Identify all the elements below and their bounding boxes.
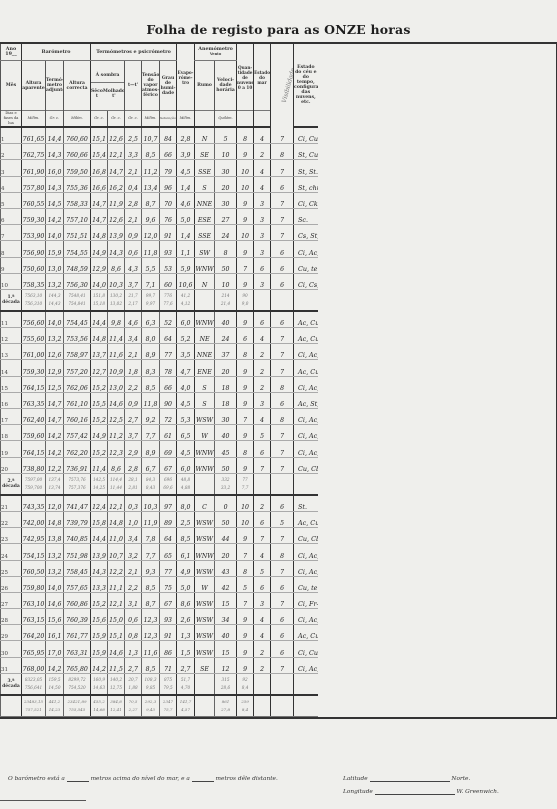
alt-ap-cell: 765,95 bbox=[22, 641, 46, 657]
molh-cell: 11,4 bbox=[108, 328, 125, 344]
obs-cell: St, Cu. bbox=[294, 144, 318, 160]
rumo-cell: WNW bbox=[195, 257, 215, 273]
alt-ap-cell: 756,60 bbox=[22, 311, 46, 328]
seco-summary-cell: 160,914,63 bbox=[91, 673, 108, 695]
tensao-summary-cell: 99,79,97 bbox=[142, 289, 160, 311]
obs-cell: Ci, Cu, St. bbox=[294, 641, 318, 657]
diff-cell: 3,3 bbox=[125, 144, 142, 160]
alt-ap-summary-cell: 23483,15757,521 bbox=[22, 695, 46, 717]
table-row: 18759,6014,2757,4214,911,23,77,7616,5W40… bbox=[1, 425, 557, 441]
seco-summary-cell: 151,815,18 bbox=[91, 289, 108, 311]
term-cell: 14,2 bbox=[46, 441, 64, 457]
mar-summary-cell bbox=[254, 673, 271, 695]
hum-cell: 90 bbox=[160, 392, 177, 408]
alt-corr-cell: 757,20 bbox=[64, 360, 91, 376]
molh-cell: 13,0 bbox=[108, 376, 125, 392]
nuv-cell: 9 bbox=[237, 457, 254, 473]
decade-summary-row: 1.ª década7563,10756,310144,314,437548,4… bbox=[1, 289, 557, 311]
evap-cell: 1,3 bbox=[177, 625, 195, 641]
seco-cell: 14,8 bbox=[91, 328, 108, 344]
obs-cell: Ci, Fr-Cu. bbox=[294, 592, 318, 608]
nuv-cell: 9 bbox=[237, 241, 254, 257]
evap-cell: 2,7 bbox=[177, 657, 195, 673]
alt-corr-cell: 760,16 bbox=[64, 409, 91, 425]
summary-value: 9,97 bbox=[142, 300, 159, 308]
tensao-cell: 9,3 bbox=[142, 560, 160, 576]
term-cell: 14,3 bbox=[46, 144, 64, 160]
summary-value: 2,81 bbox=[125, 484, 141, 492]
summary-value: 28,6 bbox=[215, 684, 236, 692]
day-cell: 5 bbox=[1, 192, 22, 208]
barometer-note: O barómetro está a metros acima do nível… bbox=[8, 776, 278, 782]
diff-cell: 3,4 bbox=[125, 328, 142, 344]
diff-cell: 2,1 bbox=[125, 160, 142, 176]
rumo-cell: C bbox=[195, 495, 215, 512]
vis-cell: 6 bbox=[271, 625, 294, 641]
unit-tensao: Milím. bbox=[142, 111, 160, 128]
diff-cell: 2,7 bbox=[125, 409, 142, 425]
summary-label: 1.ª década bbox=[1, 289, 22, 311]
nuv-cell: 9 bbox=[237, 376, 254, 392]
summary-value: 79,5 bbox=[160, 684, 176, 692]
vel-cell: 40 bbox=[215, 311, 237, 328]
header-altura-aparente: Altura aparente bbox=[22, 61, 46, 111]
rumo-summary-cell bbox=[195, 695, 215, 717]
molh-cell: 12,3 bbox=[108, 441, 125, 457]
term-cell: 14,4 bbox=[46, 127, 64, 144]
tensao-cell: 8,5 bbox=[142, 657, 160, 673]
molh-cell: 14,3 bbox=[108, 241, 125, 257]
alt-corr-cell: 758,33 bbox=[64, 192, 91, 208]
alt-ap-cell: 750,60 bbox=[22, 257, 46, 273]
tensao-cell: 7,1 bbox=[142, 273, 160, 289]
alt-ap-cell: 764,20 bbox=[22, 625, 46, 641]
alt-ap-cell: 742,95 bbox=[22, 528, 46, 544]
molh-cell: 12,2 bbox=[108, 560, 125, 576]
vel-cell: 15 bbox=[215, 641, 237, 657]
hum-summary-cell: 87579,5 bbox=[160, 673, 177, 695]
nuv-cell: 9 bbox=[237, 425, 254, 441]
seco-cell: 14,4 bbox=[91, 311, 108, 328]
diff-cell: 2,5 bbox=[125, 127, 142, 144]
tensao-cell: 7,8 bbox=[142, 528, 160, 544]
vel-cell: 42 bbox=[215, 576, 237, 592]
header-nuvens: Quan-tidade de nuvens 0 a 10 bbox=[237, 44, 254, 111]
mar-cell: 4 bbox=[254, 409, 271, 425]
vis-cell: 6 bbox=[271, 576, 294, 592]
vis-cell: 6 bbox=[271, 273, 294, 289]
vel-cell: 18 bbox=[215, 392, 237, 408]
nuv-cell: 9 bbox=[237, 609, 254, 625]
seco-cell: 16,8 bbox=[91, 160, 108, 176]
rumo-summary-cell bbox=[195, 289, 215, 311]
tensao-cell: 6,3 bbox=[142, 311, 160, 328]
alt-corr-cell: 757,65 bbox=[64, 576, 91, 592]
hum-cell: 69 bbox=[160, 441, 177, 457]
tensao-cell: 8,0 bbox=[142, 328, 160, 344]
table-row: 11756,6014,0754,4514,49,84,66,3526,0WNW4… bbox=[1, 311, 557, 328]
obs-cell: Ci, Cu, chuviscos fracos e chuva bbox=[294, 127, 318, 144]
term-cell: 14,7 bbox=[46, 392, 64, 408]
header-dias: Dias e fases da lua bbox=[1, 111, 22, 128]
diff-cell: 0,4 bbox=[125, 176, 142, 192]
seco-cell: 14,2 bbox=[91, 657, 108, 673]
obs-cell: Ac, Cu, chuviscos leves e chuva bbox=[294, 360, 318, 376]
alt-ap-cell: 761,90 bbox=[22, 160, 46, 176]
tensao-cell: 5,5 bbox=[142, 257, 160, 273]
summary-value: 292,3 bbox=[142, 698, 159, 706]
obs-cell: Ci, Cs, Cu bbox=[294, 273, 318, 289]
barometer-distance-field[interactable] bbox=[192, 781, 214, 782]
day-cell: 3 bbox=[1, 160, 22, 176]
day-cell: 30 bbox=[1, 641, 22, 657]
day-cell: 21 bbox=[1, 495, 22, 512]
vis-cell: 7 bbox=[271, 528, 294, 544]
seco-cell: 13,9 bbox=[91, 544, 108, 560]
evap-cell: 5,2 bbox=[177, 328, 195, 344]
mar-cell: 7 bbox=[254, 457, 271, 473]
seco-cell: 13,3 bbox=[91, 576, 108, 592]
evap-cell: 6,0 bbox=[177, 311, 195, 328]
vis-cell: 8 bbox=[271, 409, 294, 425]
table-row: 14759,3012,9757,2012,710,91,88,3784,7ENE… bbox=[1, 360, 557, 376]
summary-value: 441,2 bbox=[46, 698, 63, 706]
alt-ap-cell: 759,60 bbox=[22, 425, 46, 441]
unit-termometro-adjunto: Gr. c. bbox=[46, 111, 64, 128]
vis-cell: 7 bbox=[271, 592, 294, 608]
alt-corr-cell: 736,91 bbox=[64, 457, 91, 473]
tensao-cell: 9,6 bbox=[142, 208, 160, 224]
nuv-summary-cell: 777,7 bbox=[237, 473, 254, 495]
mar-summary-cell bbox=[254, 473, 271, 495]
tensao-cell: 10,7 bbox=[142, 127, 160, 144]
summary-value: 20,7 bbox=[125, 676, 141, 684]
vis-summary-cell bbox=[271, 673, 294, 695]
molh-cell: 12,1 bbox=[108, 144, 125, 160]
alt-ap-cell: 742,00 bbox=[22, 511, 46, 527]
vel-cell: 34 bbox=[215, 609, 237, 625]
rumo-cell: WSW bbox=[195, 560, 215, 576]
alt-corr-cell: 758,97 bbox=[64, 344, 91, 360]
day-cell: 11 bbox=[1, 311, 22, 328]
alt-corr-cell: 740,85 bbox=[64, 528, 91, 544]
document-title: Folha de registo para as ONZE horas bbox=[0, 22, 557, 37]
day-cell: 2 bbox=[1, 144, 22, 160]
summary-value: 11,44 bbox=[108, 484, 124, 492]
evap-cell: 2,5 bbox=[177, 511, 195, 527]
diff-cell: 2,1 bbox=[125, 560, 142, 576]
alt-corr-cell: 765,80 bbox=[64, 657, 91, 673]
summary-value: 9,85 bbox=[142, 684, 159, 692]
day-cell: 23 bbox=[1, 528, 22, 544]
summary-value: 2,17 bbox=[125, 300, 141, 308]
vis-summary-cell bbox=[271, 473, 294, 495]
vis-cell: 6 bbox=[271, 241, 294, 257]
summary-value: 12,41 bbox=[108, 706, 124, 714]
diff-cell: 0,3 bbox=[125, 495, 142, 512]
summary-value: 99,7 bbox=[142, 292, 159, 300]
seco-cell: 15,2 bbox=[91, 376, 108, 392]
term-cell: 13,2 bbox=[46, 544, 64, 560]
summary-value: 140,2 bbox=[108, 676, 124, 684]
summary-value: 14,68 bbox=[91, 706, 107, 714]
summary-value: 757,376 bbox=[64, 484, 90, 492]
molh-cell: 14,7 bbox=[108, 160, 125, 176]
day-cell: 6 bbox=[1, 208, 22, 224]
rumo-cell: NNE bbox=[195, 192, 215, 208]
obs-summary-cell bbox=[294, 673, 318, 695]
vis-cell: 6 bbox=[271, 495, 294, 512]
nuv-cell: 7 bbox=[237, 544, 254, 560]
table-row: 30765,9517,0763,3115,914,61,311,6861,5WS… bbox=[1, 641, 557, 657]
diff-cell: 3,1 bbox=[125, 592, 142, 608]
molh-cell: 11,9 bbox=[108, 192, 125, 208]
nuv-cell: 10 bbox=[237, 160, 254, 176]
unit-molhado: Gr. c. bbox=[108, 111, 125, 128]
vel-summary-cell: 31528,6 bbox=[215, 673, 237, 695]
rumo-cell: WNW bbox=[195, 441, 215, 457]
header-termometros: Termómetros e psicrómetro bbox=[91, 44, 177, 61]
tensao-cell: 10,3 bbox=[142, 495, 160, 512]
summary-value: 757,521 bbox=[22, 706, 45, 714]
tensao-cell: 8,7 bbox=[142, 592, 160, 608]
tensao-cell: 7,7 bbox=[142, 544, 160, 560]
rumo-cell: SW bbox=[195, 241, 215, 257]
header-velocidade: Veloci-dade horária bbox=[215, 61, 237, 111]
unit-rumo bbox=[195, 111, 215, 128]
tensao-cell: 8,5 bbox=[142, 376, 160, 392]
rumo-cell: SSE bbox=[195, 225, 215, 241]
vel-cell: 20 bbox=[215, 544, 237, 560]
seco-cell: 14,8 bbox=[91, 225, 108, 241]
alt-corr-cell: 756,30 bbox=[64, 273, 91, 289]
obs-cell: Sc. bbox=[294, 208, 318, 224]
summary-value: 7563,10 bbox=[22, 292, 45, 300]
barometer-height-field[interactable] bbox=[67, 781, 89, 782]
rumo-cell: WSW bbox=[195, 592, 215, 608]
alt-ap-summary-cell: 7597,00759,700 bbox=[22, 473, 46, 495]
seco-summary-cell: 142,514,25 bbox=[91, 473, 108, 495]
summary-value: 14,25 bbox=[91, 484, 107, 492]
alt-corr-cell: 754,55 bbox=[64, 241, 91, 257]
seco-cell: 14,9 bbox=[91, 425, 108, 441]
summary-value: 51,7 bbox=[177, 676, 194, 684]
rumo-cell: WSW bbox=[195, 528, 215, 544]
alt-corr-cell: 758,45 bbox=[64, 560, 91, 576]
nuv-cell: 9 bbox=[237, 208, 254, 224]
summary-value: 214 bbox=[215, 292, 236, 300]
mar-summary-cell bbox=[254, 289, 271, 311]
hum-cell: 77 bbox=[160, 560, 177, 576]
evap-cell: 5,0 bbox=[177, 208, 195, 224]
obs-cell: Ac, Cu, St. bbox=[294, 625, 318, 641]
summary-value: 75,7 bbox=[160, 706, 176, 714]
unit-altura-correcta: Milím. bbox=[64, 111, 91, 128]
molh-summary-cell: 384,812,41 bbox=[108, 695, 125, 717]
rumo-cell: WNW bbox=[195, 544, 215, 560]
seco-cell: 11,4 bbox=[91, 457, 108, 473]
rumo-cell: W bbox=[195, 425, 215, 441]
molh-cell: 8,6 bbox=[108, 257, 125, 273]
vel-cell: 43 bbox=[215, 560, 237, 576]
diff-cell: 2,1 bbox=[125, 208, 142, 224]
rumo-cell: N bbox=[195, 273, 215, 289]
header-visibilidade: Visibilidade bbox=[271, 44, 294, 127]
hum-cell: 77 bbox=[160, 344, 177, 360]
term-cell: 13,8 bbox=[46, 528, 64, 544]
day-cell: 10 bbox=[1, 273, 22, 289]
summary-value: 12,75 bbox=[108, 684, 124, 692]
day-cell: 14 bbox=[1, 360, 22, 376]
diff-cell: 2,2 bbox=[125, 576, 142, 592]
summary-value: 754,841 bbox=[64, 300, 90, 308]
nuv-cell: 10 bbox=[237, 511, 254, 527]
nuv-cell: 8 bbox=[237, 441, 254, 457]
evap-cell: 8,0 bbox=[177, 495, 195, 512]
term-cell: 12,0 bbox=[46, 495, 64, 512]
hum-summary-cell: 234775,7 bbox=[160, 695, 177, 717]
day-cell: 17 bbox=[1, 409, 22, 425]
nuv-cell: 9 bbox=[237, 641, 254, 657]
alt-corr-cell: 741,47 bbox=[64, 495, 91, 512]
seco-cell: 14,4 bbox=[91, 528, 108, 544]
obs-cell: Ac, Cu, Cb, chuviscos leves de chuva bbox=[294, 328, 318, 344]
summary-value: 4,70 bbox=[177, 684, 194, 692]
rumo-summary-cell bbox=[195, 473, 215, 495]
summary-value: 259 bbox=[237, 698, 253, 706]
alt-corr-cell: 762,06 bbox=[64, 376, 91, 392]
rumo-cell: ENE bbox=[195, 360, 215, 376]
rumo-cell: SE bbox=[195, 144, 215, 160]
seco-cell: 15,5 bbox=[91, 392, 108, 408]
summary-value: 8,4 bbox=[237, 684, 253, 692]
alt-corr-cell: 754,45 bbox=[64, 311, 91, 328]
term-summary-cell: 137,413,74 bbox=[46, 473, 64, 495]
alt-ap-cell: 763,10 bbox=[22, 592, 46, 608]
nuv-cell: 8 bbox=[237, 127, 254, 144]
summary-value: 14,63 bbox=[91, 684, 107, 692]
vis-cell: 8 bbox=[271, 376, 294, 392]
mar-cell: 2 bbox=[254, 641, 271, 657]
day-cell: 24 bbox=[1, 544, 22, 560]
term-cell: 12,5 bbox=[46, 376, 64, 392]
hum-cell: 78 bbox=[160, 360, 177, 376]
vis-cell: 8 bbox=[271, 144, 294, 160]
obs-cell: Ci, Ac, Cu bbox=[294, 560, 318, 576]
seco-cell: 14,7 bbox=[91, 208, 108, 224]
hum-cell: 75 bbox=[160, 576, 177, 592]
nuv-cell: 9 bbox=[237, 192, 254, 208]
hum-cell: 97 bbox=[160, 495, 177, 512]
summary-value: 144,3 bbox=[46, 292, 63, 300]
molh-summary-cell: 140,212,75 bbox=[108, 673, 125, 695]
table-row: 8756,9015,9754,5514,914,30,611,8931,1SW8… bbox=[1, 241, 557, 257]
nuv-cell: 9 bbox=[237, 657, 254, 673]
mar-cell: 2 bbox=[254, 376, 271, 392]
evap-cell: 5,9 bbox=[177, 257, 195, 273]
latitude-line: Latitude Norte. bbox=[343, 776, 470, 782]
rumo-cell: SE bbox=[195, 657, 215, 673]
table-row: 28763,1515,6760,3915,615,00,612,3932,6WS… bbox=[1, 609, 557, 625]
rumo-cell: WSW bbox=[195, 625, 215, 641]
day-cell: 31 bbox=[1, 657, 22, 673]
tensao-summary-cell: 84,38,43 bbox=[142, 473, 160, 495]
term-cell: 14,0 bbox=[46, 576, 64, 592]
vis-cell: 6 bbox=[271, 257, 294, 273]
evap-cell: 4,6 bbox=[177, 192, 195, 208]
unit-mar bbox=[254, 111, 271, 128]
observation-table: Ano 19__ Barómetro Termómetros e psicróm… bbox=[0, 44, 557, 717]
evap-cell: 4,5 bbox=[177, 441, 195, 457]
table-row: 12755,6013,2753,5614,811,43,48,0645,2NE2… bbox=[1, 328, 557, 344]
rumo-cell: S bbox=[195, 376, 215, 392]
hum-cell: 66 bbox=[160, 144, 177, 160]
summary-value: 13,02 bbox=[108, 300, 124, 308]
latitude-field[interactable] bbox=[370, 781, 450, 782]
term-cell: 14,3 bbox=[46, 176, 64, 192]
vis-cell: 7 bbox=[271, 457, 294, 473]
vel-cell: 0 bbox=[215, 495, 237, 512]
term-cell: 15,6 bbox=[46, 609, 64, 625]
molh-summary-cell: 114,411,44 bbox=[108, 473, 125, 495]
hum-cell: 61 bbox=[160, 425, 177, 441]
obs-cell: Cu, tempo de chuviscos leves e chuva bbox=[294, 257, 318, 273]
alt-ap-cell: 761,00 bbox=[22, 344, 46, 360]
vel-cell: 20 bbox=[215, 360, 237, 376]
nuv-cell: 9 bbox=[237, 360, 254, 376]
longitude-field[interactable] bbox=[375, 794, 455, 795]
nuv-cell: 9 bbox=[237, 625, 254, 641]
diff-cell: 2,8 bbox=[125, 192, 142, 208]
obs-cell: Ci, Ac, Sc, Cu bbox=[294, 376, 318, 392]
table-row: 22742,0014,8739,7915,814,81,011,9892,5WS… bbox=[1, 511, 557, 527]
obs-cell: Ci, Ac, Sc, Cu. bbox=[294, 657, 318, 673]
hum-summary-cell: 69669,6 bbox=[160, 473, 177, 495]
seco-cell: 15,6 bbox=[91, 609, 108, 625]
register-sheet: Ano 19__ Barómetro Termómetros e psicróm… bbox=[0, 42, 557, 719]
table-row: 27763,1014,6760,8615,212,13,18,7678,6WSW… bbox=[1, 592, 557, 608]
vis-cell: 7 bbox=[271, 160, 294, 176]
summary-value: 2,27 bbox=[125, 706, 141, 714]
day-cell: 1 bbox=[1, 127, 22, 144]
vel-cell: 12 bbox=[215, 657, 237, 673]
summary-value: 48,8 bbox=[177, 476, 194, 484]
diff-cell: 3,7 bbox=[125, 425, 142, 441]
tensao-cell: 12,0 bbox=[142, 225, 160, 241]
hum-cell: 67 bbox=[160, 457, 177, 473]
term-cell: 16,0 bbox=[46, 160, 64, 176]
footer-rule bbox=[0, 800, 86, 801]
term-cell: 14,6 bbox=[46, 592, 64, 608]
mar-summary-cell bbox=[254, 695, 271, 717]
term-cell: 12,6 bbox=[46, 344, 64, 360]
vis-cell: 7 bbox=[271, 425, 294, 441]
obs-cell: St, St. bbox=[294, 160, 318, 176]
vis-summary-cell bbox=[271, 289, 294, 311]
header-termometro-adjunto: Termó-metro adjunto bbox=[46, 61, 64, 111]
hum-cell: 86 bbox=[160, 641, 177, 657]
table-row: 31768,0014,2765,8014,211,52,78,5712,7SE1… bbox=[1, 657, 557, 673]
unit-nuvens bbox=[237, 111, 254, 128]
obs-cell: St. bbox=[294, 495, 318, 512]
tensao-cell: 11,8 bbox=[142, 241, 160, 257]
diff-cell: 3,4 bbox=[125, 528, 142, 544]
seco-cell: 15,4 bbox=[91, 144, 108, 160]
term-summary-cell: 441,214,23 bbox=[46, 695, 64, 717]
header-anemometro: AnemómetroVento bbox=[195, 44, 237, 61]
summary-value: 33,2 bbox=[215, 484, 236, 492]
mar-cell: 5 bbox=[254, 425, 271, 441]
